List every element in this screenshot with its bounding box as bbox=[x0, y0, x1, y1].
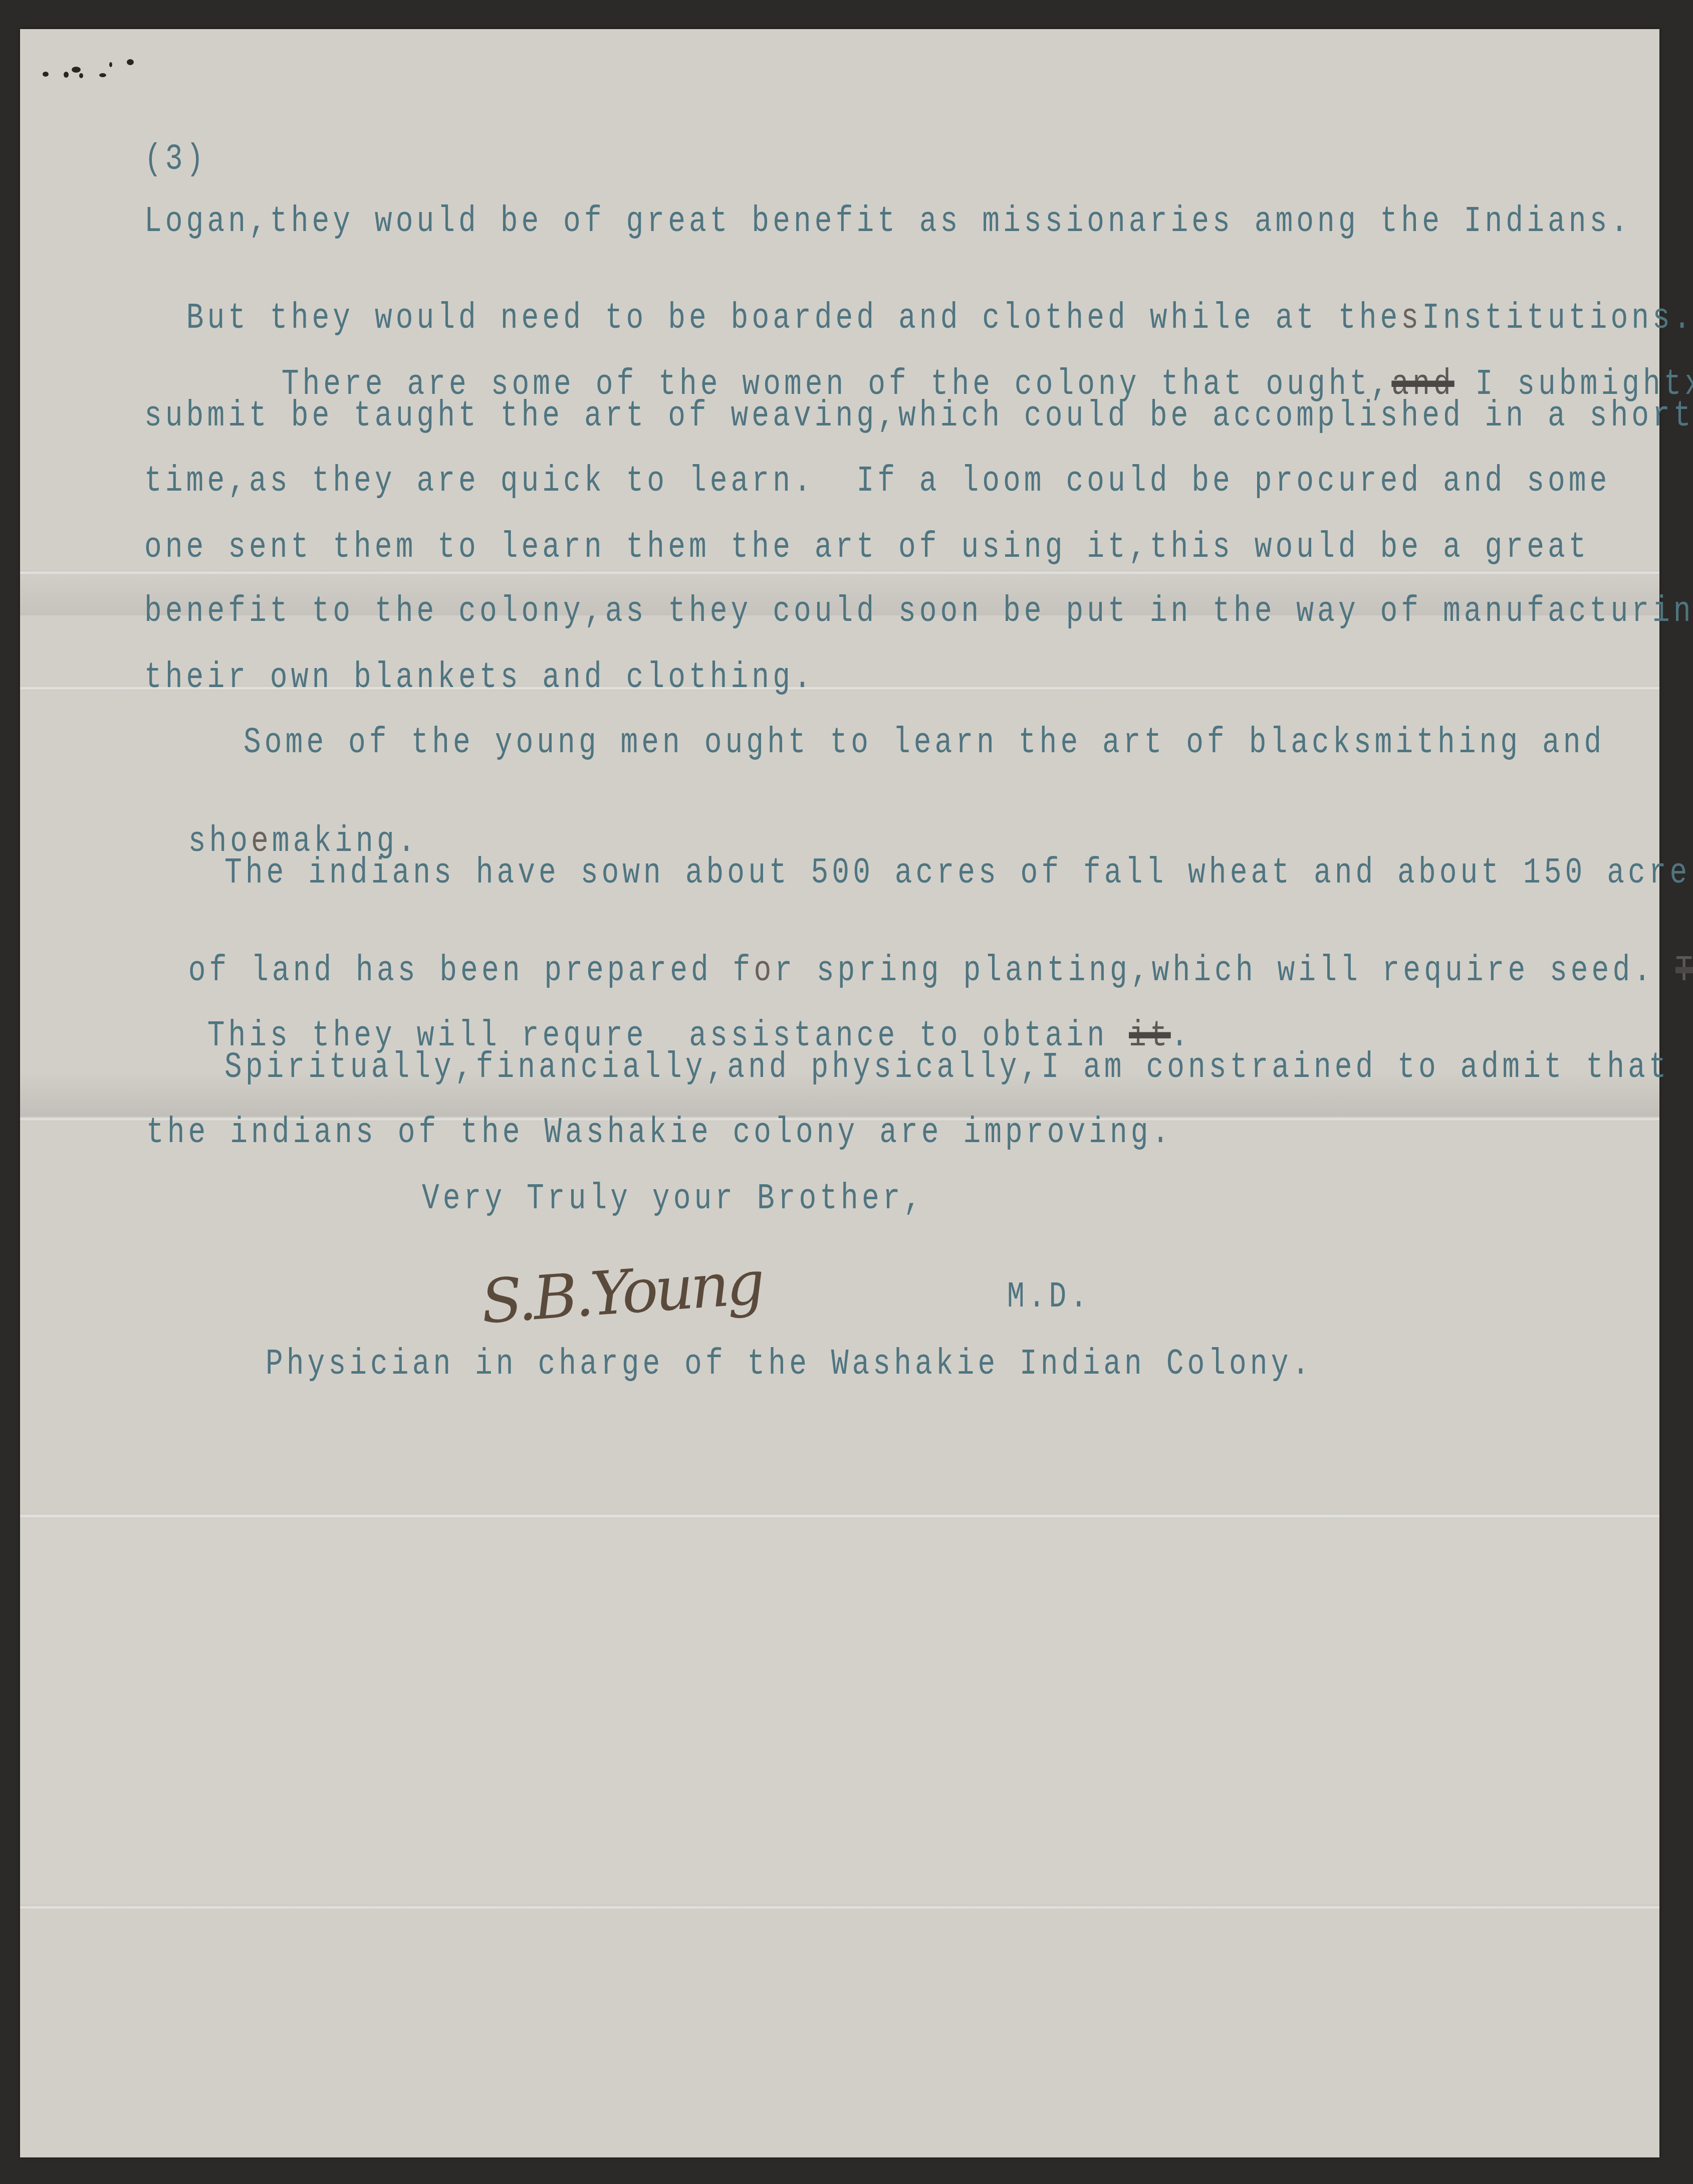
text-line: benefit to the colony,as they could soon… bbox=[144, 594, 1693, 630]
text-line: There are some of the women of the colon… bbox=[239, 331, 1693, 403]
punch-hole bbox=[99, 73, 106, 77]
text-line: submit be taught the art of weaving,whic… bbox=[144, 398, 1693, 435]
text-line: Logan,they would be of great benefit as … bbox=[144, 204, 1631, 241]
text-line: The indians have sown about 500 acres of… bbox=[224, 855, 1693, 892]
text-line: This they will requre assistance to obta… bbox=[165, 982, 1192, 1055]
credential: M.D. bbox=[1007, 1279, 1091, 1316]
text-line: shoemaking. bbox=[146, 788, 419, 860]
signer-title: Physician in charge of the Washakie Indi… bbox=[266, 1347, 1313, 1383]
text-line: one sent them to learn them the art of u… bbox=[144, 530, 1590, 566]
text-line: But they would need to be boarded and cl… bbox=[144, 265, 1693, 337]
punch-hole bbox=[127, 59, 134, 65]
text-line: the indians of the Washakie colony are i… bbox=[146, 1115, 1172, 1152]
closing: Very Truly your Brother, bbox=[422, 1181, 924, 1218]
fold-shading bbox=[20, 1513, 1659, 1904]
text-line: Some of the young men ought to learn the… bbox=[244, 725, 1605, 762]
punch-hole bbox=[72, 67, 81, 73]
text-line: time,as they are quick to learn. If a lo… bbox=[144, 464, 1610, 500]
text-line: of land has been prepared for spring pla… bbox=[146, 917, 1693, 990]
text-line: Spiritually,financially,and physically,I… bbox=[224, 1050, 1670, 1086]
punch-hole bbox=[43, 72, 49, 77]
fold-crease bbox=[20, 570, 1659, 575]
punch-hole bbox=[64, 72, 69, 78]
text-line: their own blankets and clothing. bbox=[144, 660, 815, 697]
struck-text: This bbox=[1675, 951, 1693, 991]
punch-hole bbox=[109, 62, 112, 67]
punch-hole bbox=[79, 73, 83, 78]
page-number: (3) bbox=[144, 142, 207, 178]
fold-crease bbox=[20, 1905, 1659, 1910]
